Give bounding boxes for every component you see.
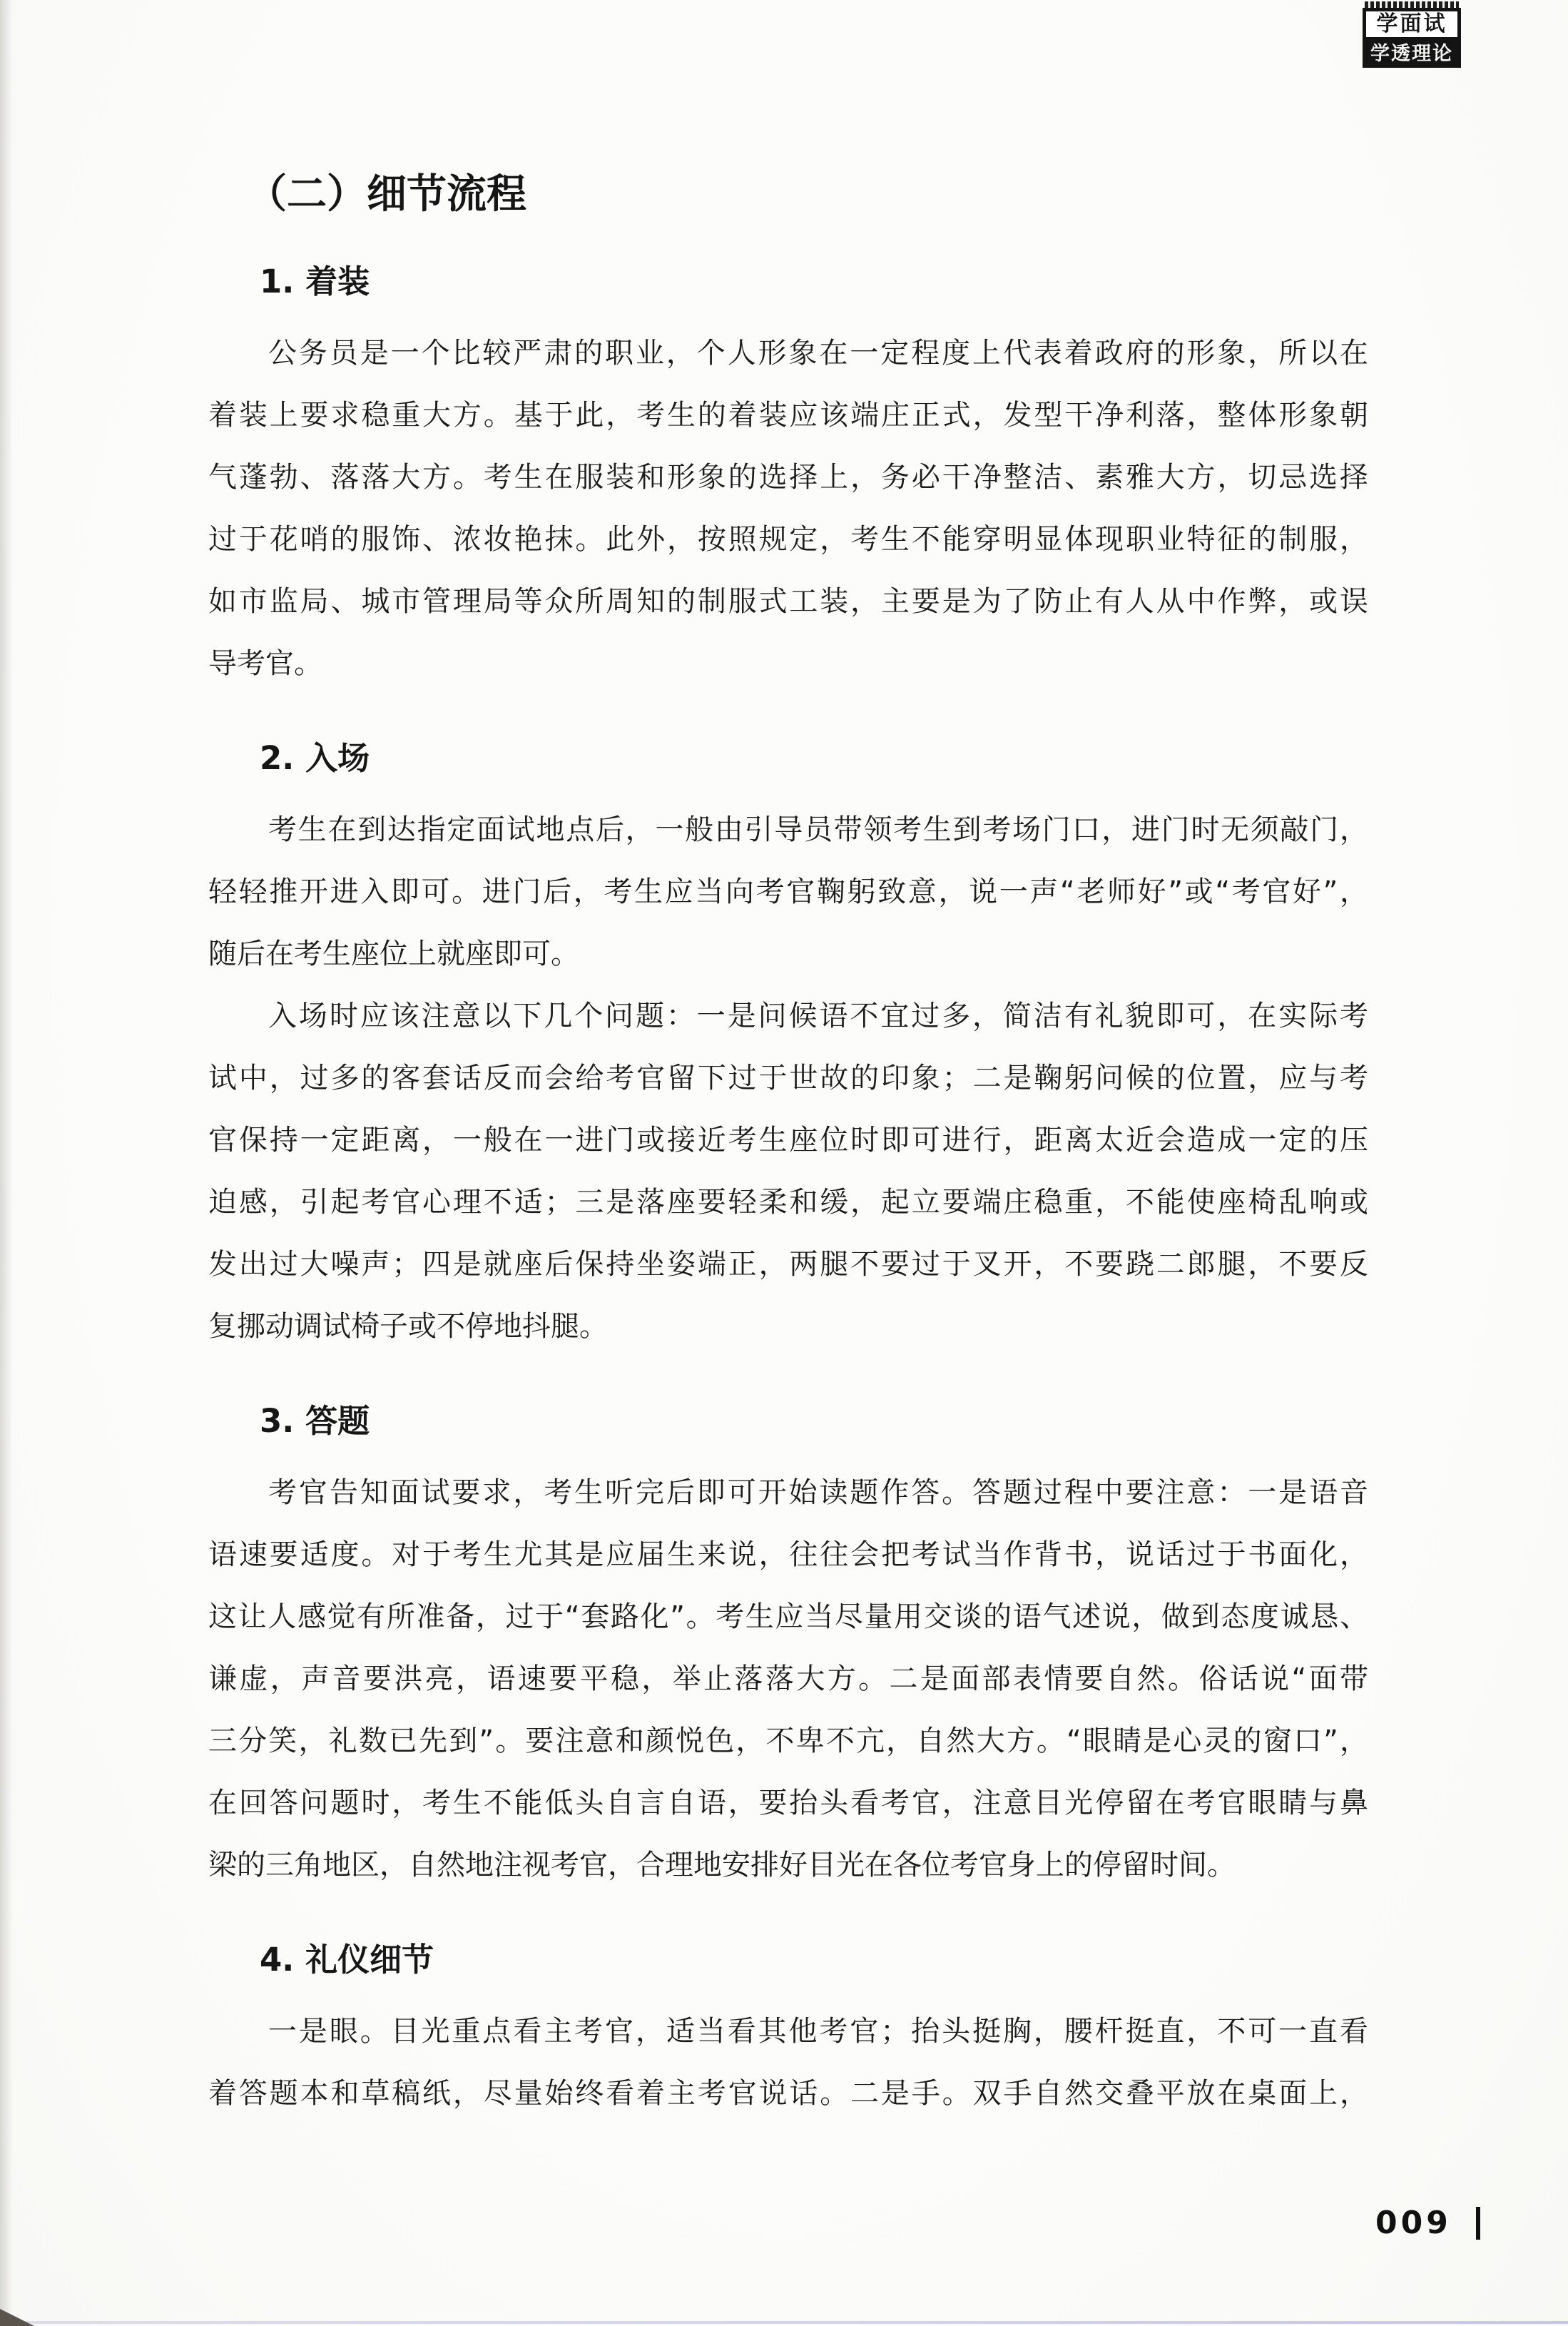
text-line: 语速要适度。对于考生尤其是应届生来说，往往会把考试当作背书，说话过于书面化， [208, 1524, 1368, 1586]
text-line: 轻轻推开进入即可。进门后，考生应当向考官鞠躬致意，说一声“老师好”或“考官好”， [208, 861, 1368, 923]
brand-badge: 学面试 学透理论 [1363, 1, 1461, 68]
brand-stripes-decoration [1365, 1, 1459, 8]
document-section: 3. 答题考官告知面试要求，考生听完后即可开始读题作答。答题过程中要注意：一是语… [208, 1402, 1368, 1896]
scan-left-edge-shading [0, 0, 13, 2326]
footer-divider-bar [1476, 2207, 1480, 2240]
text-line: 三分笑，礼数已先到”。要注意和颜悦色，不卑不亢，自然大方。“眼睛是心灵的窗口”， [208, 1710, 1368, 1772]
text-line: 着装上要求稳重大方。基于此，考生的着装应该端庄正式，发型干净利落，整体形象朝 [208, 385, 1368, 447]
text-line: 发出过大噪声；四是就座后保持坐姿端正，两腿不要过于叉开，不要跷二郎腿，不要反 [208, 1234, 1368, 1296]
brand-badge-line1: 学面试 [1363, 8, 1461, 41]
brand-badge-line2: 学透理论 [1363, 41, 1461, 68]
paragraph: 一是眼。目光重点看主考官，适当看其他考官；抬头挺胸，腰杆挺直，不可一直看着答题本… [208, 2001, 1368, 2125]
document-section: 2. 入场考生在到达指定面试地点后，一般由引导员带领考生到考场门口，进门时无须敲… [208, 739, 1368, 1358]
text-line: 一是眼。目光重点看主考官，适当看其他考官；抬头挺胸，腰杆挺直，不可一直看 [208, 2001, 1368, 2063]
section-title: 2. 入场 [260, 739, 1368, 778]
text-line: 随后在考生座位上就座即可。 [208, 923, 1368, 985]
paragraph: 考官告知面试要求，考生听完后即可开始读题作答。答题过程中要注意：一是语音语速要适… [208, 1462, 1368, 1896]
text-line: 复挪动调试椅子或不停地抖腿。 [208, 1296, 1368, 1358]
text-line: 梁的三角地区，自然地注视考官，合理地安排好目光在各位考官身上的停留时间。 [208, 1834, 1368, 1896]
document-content: （二）细节流程 1. 着装公务员是一个比较严肃的职业，个人形象在一定程度上代表着… [208, 171, 1368, 2125]
text-line: 考官告知面试要求，考生听完后即可开始读题作答。答题过程中要注意：一是语音 [208, 1462, 1368, 1524]
text-line: 这让人感觉有所准备，过于“套路化”。考生应当尽量用交谈的语气述说，做到态度诚恳、 [208, 1586, 1368, 1648]
text-line: 在回答问题时，考生不能低头自言自语，要抬头看考官，注意目光停留在考官眼睛与鼻 [208, 1772, 1368, 1834]
document-sections: 1. 着装公务员是一个比较严肃的职业，个人形象在一定程度上代表着政府的形象，所以… [208, 263, 1368, 2125]
document-section: 1. 着装公务员是一个比较严肃的职业，个人形象在一定程度上代表着政府的形象，所以… [208, 263, 1368, 695]
page-number: 009 [1375, 2205, 1452, 2241]
section-title: 4. 礼仪细节 [260, 1941, 1368, 1979]
scan-bottom-edge-line [0, 2321, 1568, 2324]
text-line: 官保持一定距离，一般在一进门或接近考生座位时即可进行，距离太近会造成一定的压 [208, 1109, 1368, 1172]
scanned-book-page: 学面试 学透理论 （二）细节流程 1. 着装公务员是一个比较严肃的职业，个人形象… [0, 0, 1568, 2326]
text-line: 试中，过多的客套话反而会给考官留下过于世故的印象；二是鞠躬问候的位置，应与考 [208, 1047, 1368, 1109]
text-line: 迫感，引起考官心理不适；三是落座要轻柔和缓，起立要端庄稳重，不能使座椅乱响或 [208, 1172, 1368, 1234]
text-line: 入场时应该注意以下几个问题：一是问候语不宜过多，简洁有礼貌即可，在实际考 [208, 985, 1368, 1047]
text-line: 气蓬勃、落落大方。考生在服装和形象的选择上，务必干净整洁、素雅大方，切忌选择 [208, 447, 1368, 509]
document-section: 4. 礼仪细节一是眼。目光重点看主考官，适当看其他考官；抬头挺胸，腰杆挺直，不可… [208, 1941, 1368, 2125]
scan-corner-artifact [0, 2309, 34, 2326]
text-line: 过于花哨的服饰、浓妆艳抹。此外，按照规定，考生不能穿明显体现职业特征的制服， [208, 509, 1368, 571]
section-title: 1. 着装 [260, 263, 1368, 301]
text-line: 着答题本和草稿纸，尽量始终看着主考官说话。二是手。双手自然交叠平放在桌面上， [208, 2063, 1368, 2125]
section-title: 3. 答题 [260, 1402, 1368, 1441]
page-title: （二）细节流程 [247, 171, 1368, 218]
text-line: 谦虚，声音要洪亮，语速要平稳，举止落落大方。二是面部表情要自然。俗话说“面带 [208, 1648, 1368, 1710]
paragraph: 入场时应该注意以下几个问题：一是问候语不宜过多，简洁有礼貌即可，在实际考试中，过… [208, 985, 1368, 1358]
page-footer: 009 [1375, 2205, 1480, 2241]
text-line: 公务员是一个比较严肃的职业，个人形象在一定程度上代表着政府的形象，所以在 [208, 323, 1368, 385]
text-line: 如市监局、城市管理局等众所周知的制服式工装，主要是为了防止有人从中作弊，或误 [208, 571, 1368, 633]
paragraph: 考生在到达指定面试地点后，一般由引导员带领考生到考场门口，进门时无须敲门，轻轻推… [208, 799, 1368, 985]
text-line: 导考官。 [208, 633, 1368, 695]
paragraph: 公务员是一个比较严肃的职业，个人形象在一定程度上代表着政府的形象，所以在着装上要… [208, 323, 1368, 695]
text-line: 考生在到达指定面试地点后，一般由引导员带领考生到考场门口，进门时无须敲门， [208, 799, 1368, 861]
